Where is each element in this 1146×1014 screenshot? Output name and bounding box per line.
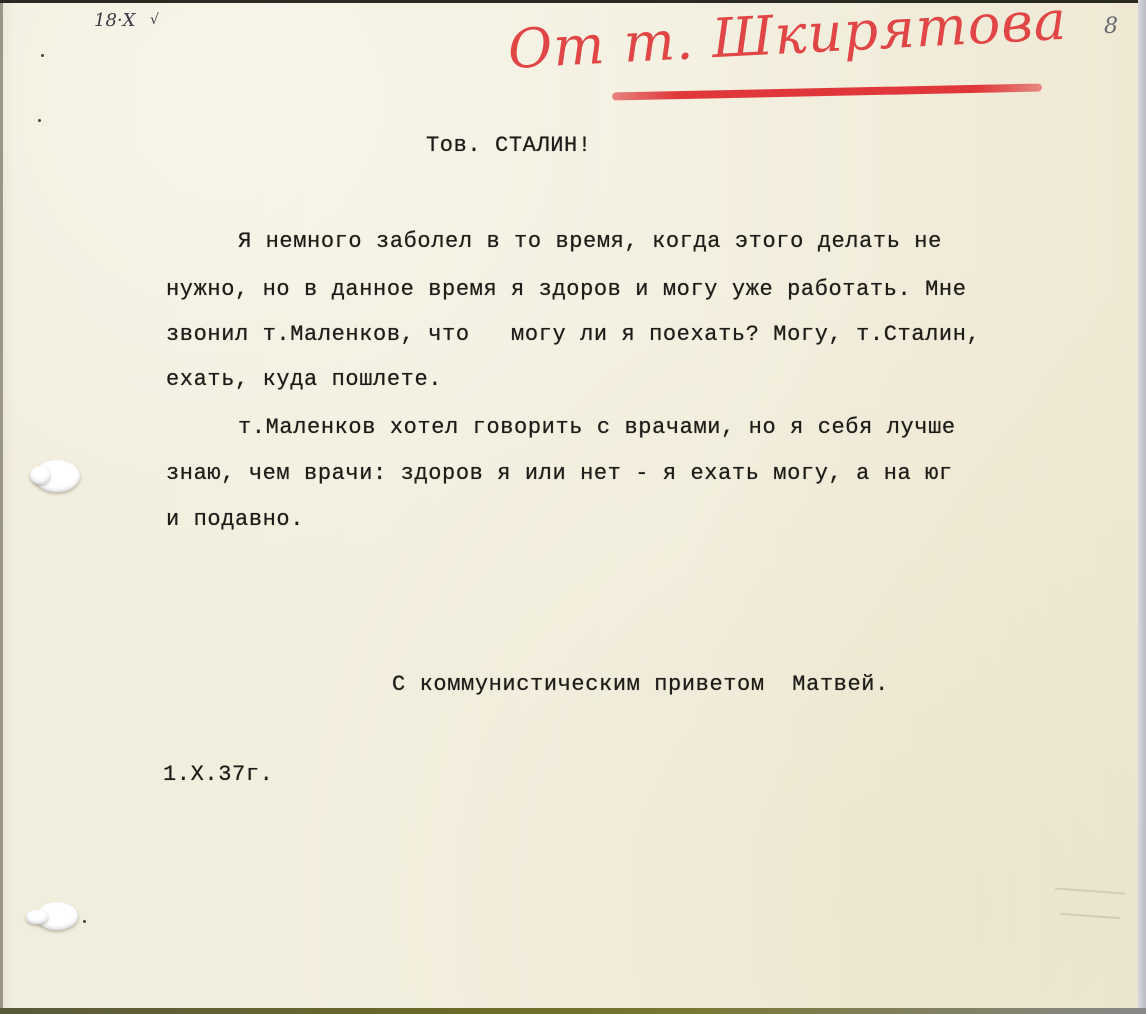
punch-hole-upper-tear <box>30 466 50 484</box>
text-line: и подавно. <box>166 507 304 532</box>
closing-signature: С коммунистическим приветом Матвей. <box>392 672 889 697</box>
red-pencil-annotation: От т. Шкирятова <box>506 0 1068 81</box>
scan-top-edge <box>0 0 1146 3</box>
scan-right-edge <box>1138 0 1146 1014</box>
paper-speck <box>83 920 86 923</box>
red-pencil-underline <box>612 83 1042 100</box>
archive-date-mark: 18·X <box>94 10 135 31</box>
salutation: Тов. СТАЛИН! <box>426 133 592 158</box>
punch-hole-lower-tear <box>26 910 48 924</box>
document-date: 1.X.37г. <box>163 762 273 787</box>
sheet-number: 8 <box>1104 14 1118 39</box>
text-line: ехать, куда пошлете. <box>166 367 442 392</box>
text-line: звонил т.Маленков, что могу ли я поехать… <box>166 322 980 347</box>
document-page: 18·X √ 8 От т. Шкирятова Тов. СТАЛИН! Я … <box>0 0 1138 1008</box>
text-line: нужно, но в данное время я здоров и могу… <box>166 277 967 302</box>
paper-crease <box>1055 888 1125 895</box>
text-line: т.Маленков хотел говорить с врачами, но … <box>238 415 956 440</box>
paper-crease <box>1060 913 1120 919</box>
text-line: Я немного заболел в то время, когда этог… <box>238 229 942 254</box>
text-line: знаю, чем врачи: здоров я или нет - я ех… <box>166 461 953 486</box>
page-left-edge <box>0 0 3 1008</box>
scan-bottom-edge <box>0 1008 1146 1014</box>
paper-speck <box>38 119 41 122</box>
check-mark-icon: √ <box>150 12 159 28</box>
paper-speck <box>41 54 44 57</box>
